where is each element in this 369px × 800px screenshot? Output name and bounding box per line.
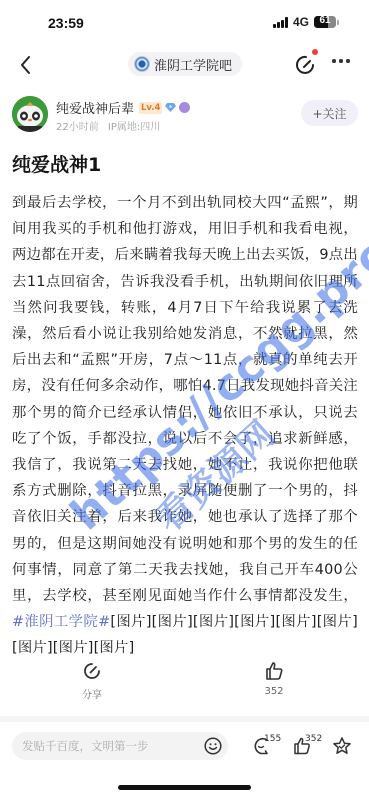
back-button[interactable]	[14, 52, 38, 78]
network-type: 4G	[293, 15, 309, 29]
status-indicators: 4G 61	[273, 15, 339, 29]
post-body: 到最后去学校，一个月不到出轨同校大四“孟熙”，期间用我买的手机和他打游戏，用旧手…	[12, 190, 358, 662]
share-icon	[81, 660, 103, 682]
share-button[interactable]: 分享	[62, 660, 122, 701]
section-divider	[0, 716, 369, 722]
panda-avatar-icon	[12, 96, 48, 132]
home-indicator[interactable]	[118, 785, 251, 790]
thumbs-up-icon	[263, 660, 285, 682]
more-icon	[332, 59, 336, 63]
share-label: 分享	[82, 686, 102, 701]
battery-level: 61	[314, 16, 336, 26]
post-body-text: 到最后去学校，一个月不到出轨同校大四“孟熙”，期间用我买的手机和他打游戏，用旧手…	[12, 195, 358, 604]
comment-placeholder: 发贴千百度，文明第一步	[22, 738, 149, 754]
notification-dot	[312, 49, 318, 55]
forum-name: 淮阴工学院吧	[154, 55, 232, 74]
status-time: 23:59	[48, 15, 84, 31]
post-actions: 分享 352	[0, 660, 369, 710]
emoji-icon[interactable]	[204, 737, 222, 755]
like-count: 352	[264, 686, 283, 697]
forum-logo-icon	[134, 56, 150, 72]
back-icon	[14, 52, 38, 78]
post-edit-button[interactable]	[293, 52, 319, 78]
nav-bar: 淮阴工学院吧	[0, 46, 369, 84]
post-edit-icon	[293, 52, 319, 78]
member-badge-icon	[179, 102, 190, 113]
forum-link[interactable]: 淮阴工学院吧	[128, 52, 242, 76]
post-title: 纯爱战神1	[12, 150, 101, 177]
battery-icon: 61	[314, 16, 339, 28]
post-time: 22小时前	[56, 122, 99, 133]
author-name[interactable]: 纯爱战神后辈	[56, 98, 134, 117]
avatar[interactable]	[12, 96, 48, 132]
signal-icon	[273, 17, 288, 28]
author-name-line: 纯爱战神后辈 Lv.4	[56, 98, 190, 117]
comment-input[interactable]: 发贴千百度，文明第一步	[12, 732, 228, 760]
like-button[interactable]: 352	[244, 660, 304, 697]
diamond-badge-icon	[165, 103, 176, 112]
level-badge: Lv.4	[139, 102, 162, 114]
author-row: 纯爱战神后辈 Lv.4 22小时前 IP属地:四川 +关注	[0, 96, 369, 136]
bottom-like-count: 352	[305, 734, 322, 744]
more-button[interactable]	[332, 59, 350, 63]
bottom-bar: 发贴千百度，文明第一步 155 352	[0, 728, 369, 768]
author-meta: 22小时前 IP属地:四川	[56, 118, 160, 133]
status-bar: 23:59 4G 61	[0, 0, 369, 44]
favorite-star-icon[interactable]	[332, 736, 352, 756]
ip-location: IP属地:四川	[108, 122, 160, 133]
hashtag-link[interactable]: #淮阴工学院#	[12, 614, 110, 630]
comment-count: 155	[264, 734, 281, 744]
follow-button[interactable]: +关注	[301, 100, 358, 126]
